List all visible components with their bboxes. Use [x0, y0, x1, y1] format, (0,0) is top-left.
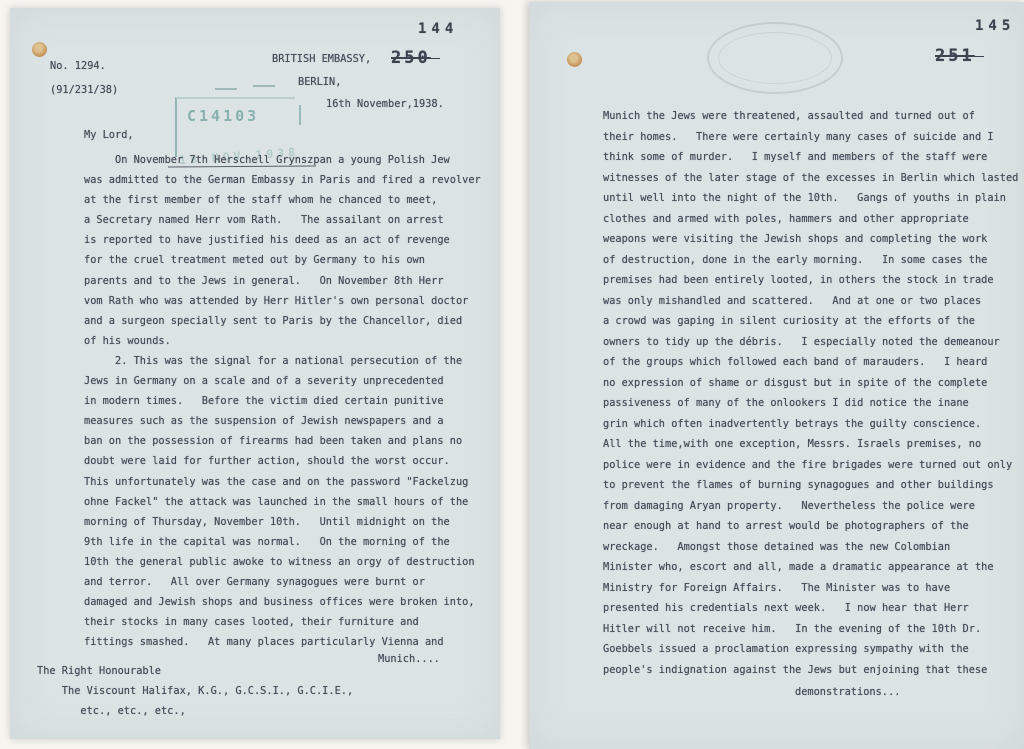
text-line: Munich the Jews were threatened, assault…: [603, 106, 1021, 127]
text-line: morning of Thursday, November 10th. Unti…: [84, 512, 494, 532]
letter-body: On November 7th Herschell Grynszpan a yo…: [84, 150, 494, 652]
text-line: fittings smashed. At many places particu…: [84, 632, 494, 652]
text-line: witnesses of the later stage of the exce…: [603, 168, 1021, 189]
registry-stamp-tick: [299, 105, 301, 125]
text-line: was admitted to the German Embassy in Pa…: [84, 170, 494, 190]
registry-stamp-code: C14103: [187, 107, 259, 125]
left-page: 144 250 No. 1294. (91/231/38) BRITISH EM…: [10, 8, 500, 739]
text-line: 9th life in the capital was normal. On t…: [84, 532, 494, 552]
text-line: premises had been entirely looted, in ot…: [603, 270, 1021, 291]
text-line: and terror. All over Germany synagogues …: [84, 572, 494, 592]
text-line: police were in evidence and the fire bri…: [603, 455, 1021, 476]
text-line: was only mishandled and scattered. And a…: [603, 291, 1021, 312]
text-line: no expression of shame or disgust but in…: [603, 373, 1021, 394]
text-line: Goebbels issued a proclamation expressin…: [603, 639, 1021, 660]
letterhead-embassy: BRITISH EMBASSY,: [272, 53, 371, 65]
text-line: vom Rath who was attended by Herr Hitler…: [84, 291, 494, 311]
text-line: wreckage. Amongst those detained was the…: [603, 537, 1021, 558]
text-line: near enough at hand to arrest would be p…: [603, 516, 1021, 537]
text-line: until well into the night of the 10th. G…: [603, 188, 1021, 209]
text-line: This unfortunately was the case and on t…: [84, 472, 494, 492]
letter-body: Munich the Jews were threatened, assault…: [603, 106, 1021, 680]
reference-number: No. 1294.: [50, 60, 106, 72]
punch-hole: [567, 52, 582, 67]
text-line: Minister who, escort and all, made a dra…: [603, 557, 1021, 578]
file-code: (91/231/38): [50, 84, 118, 96]
text-line: weapons were visiting the Jewish shops a…: [603, 229, 1021, 250]
addressee-block: The Right Honourable The Viscount Halifa…: [37, 661, 353, 721]
stamp-mark: [253, 85, 275, 87]
text-line: Jews in Germany on a scale and of a seve…: [84, 371, 494, 391]
text-line: parents and to the Jews in general. On N…: [84, 271, 494, 291]
folio-number: 251: [935, 46, 984, 66]
catchword: demonstrations...: [795, 686, 900, 698]
text-line: damaged and Jewish shops and business of…: [84, 592, 494, 612]
text-line: grin which often inadvertently betrays t…: [603, 414, 1021, 435]
text-line: owners to tidy up the débris. I especial…: [603, 332, 1021, 353]
text-line: etc., etc., etc.,: [37, 701, 353, 721]
text-line: ban on the possession of firearms had be…: [84, 431, 494, 451]
text-line: clothes and armed with poles, hammers an…: [603, 209, 1021, 230]
embossed-stamp: [707, 22, 843, 94]
text-line: presented his credentials next week. I n…: [603, 598, 1021, 619]
text-line: of destruction, done in the early mornin…: [603, 250, 1021, 271]
folio-number: 250: [391, 48, 440, 68]
text-line: 2. This was the signal for a national pe…: [84, 351, 494, 371]
text-line: in modern times. Before the victim died …: [84, 391, 494, 411]
text-line: Hitler will not receive him. In the even…: [603, 619, 1021, 640]
text-line: a Secretary named Herr vom Rath. The ass…: [84, 210, 494, 230]
text-line: of the groups which followed each band o…: [603, 352, 1021, 373]
text-line: doubt were laid for further action, shou…: [84, 451, 494, 471]
stamp-mark: [215, 88, 237, 90]
text-line: a crowd was gaping in silent curiosity a…: [603, 311, 1021, 332]
right-page: 145 251 Munich the Jews were threatened,…: [529, 2, 1024, 749]
text-line: think some of murder. I myself and membe…: [603, 147, 1021, 168]
letterhead-date: 16th November,1938.: [326, 98, 444, 110]
text-line: their homes. There were certainly many c…: [603, 127, 1021, 148]
text-line: passiveness of many of the onlookers I d…: [603, 393, 1021, 414]
text-line: for the cruel treatment meted out by Ger…: [84, 250, 494, 270]
text-line: On November 7th Herschell Grynszpan a yo…: [84, 150, 494, 170]
text-line: ohne Fackel" the attack was launched in …: [84, 492, 494, 512]
page-number: 144: [418, 21, 458, 37]
text-line: is reported to have justified his deed a…: [84, 230, 494, 250]
text-line: people's indignation against the Jews bu…: [603, 660, 1021, 681]
text-line: The Viscount Halifax, K.G., G.C.S.I., G.…: [37, 681, 353, 701]
text-line: All the time,with one exception, Messrs.…: [603, 434, 1021, 455]
text-line: Ministry for Foreign Affairs. The Minist…: [603, 578, 1021, 599]
text-line: of his wounds.: [84, 331, 494, 351]
salutation: My Lord,: [84, 129, 134, 141]
letterhead-city: BERLIN,: [298, 76, 341, 88]
page-number: 145: [975, 18, 1015, 34]
text-line: their stocks in many cases looted, their…: [84, 612, 494, 632]
text-line: and a surgeon specially sent to Paris by…: [84, 311, 494, 331]
text-line: 10th the general public awoke to witness…: [84, 552, 494, 572]
catchword: Munich....: [378, 653, 440, 665]
text-line: from damaging Aryan property. Neverthele…: [603, 496, 1021, 517]
text-line: to prevent the flames of burning synagog…: [603, 475, 1021, 496]
text-line: at the first member of the staff whom he…: [84, 190, 494, 210]
text-line: The Right Honourable: [37, 661, 353, 681]
text-line: measures such as the suspension of Jewis…: [84, 411, 494, 431]
punch-hole: [32, 42, 47, 57]
embossed-stamp-inner: [718, 32, 832, 84]
scan-backdrop: 144 250 No. 1294. (91/231/38) BRITISH EM…: [0, 0, 1024, 749]
